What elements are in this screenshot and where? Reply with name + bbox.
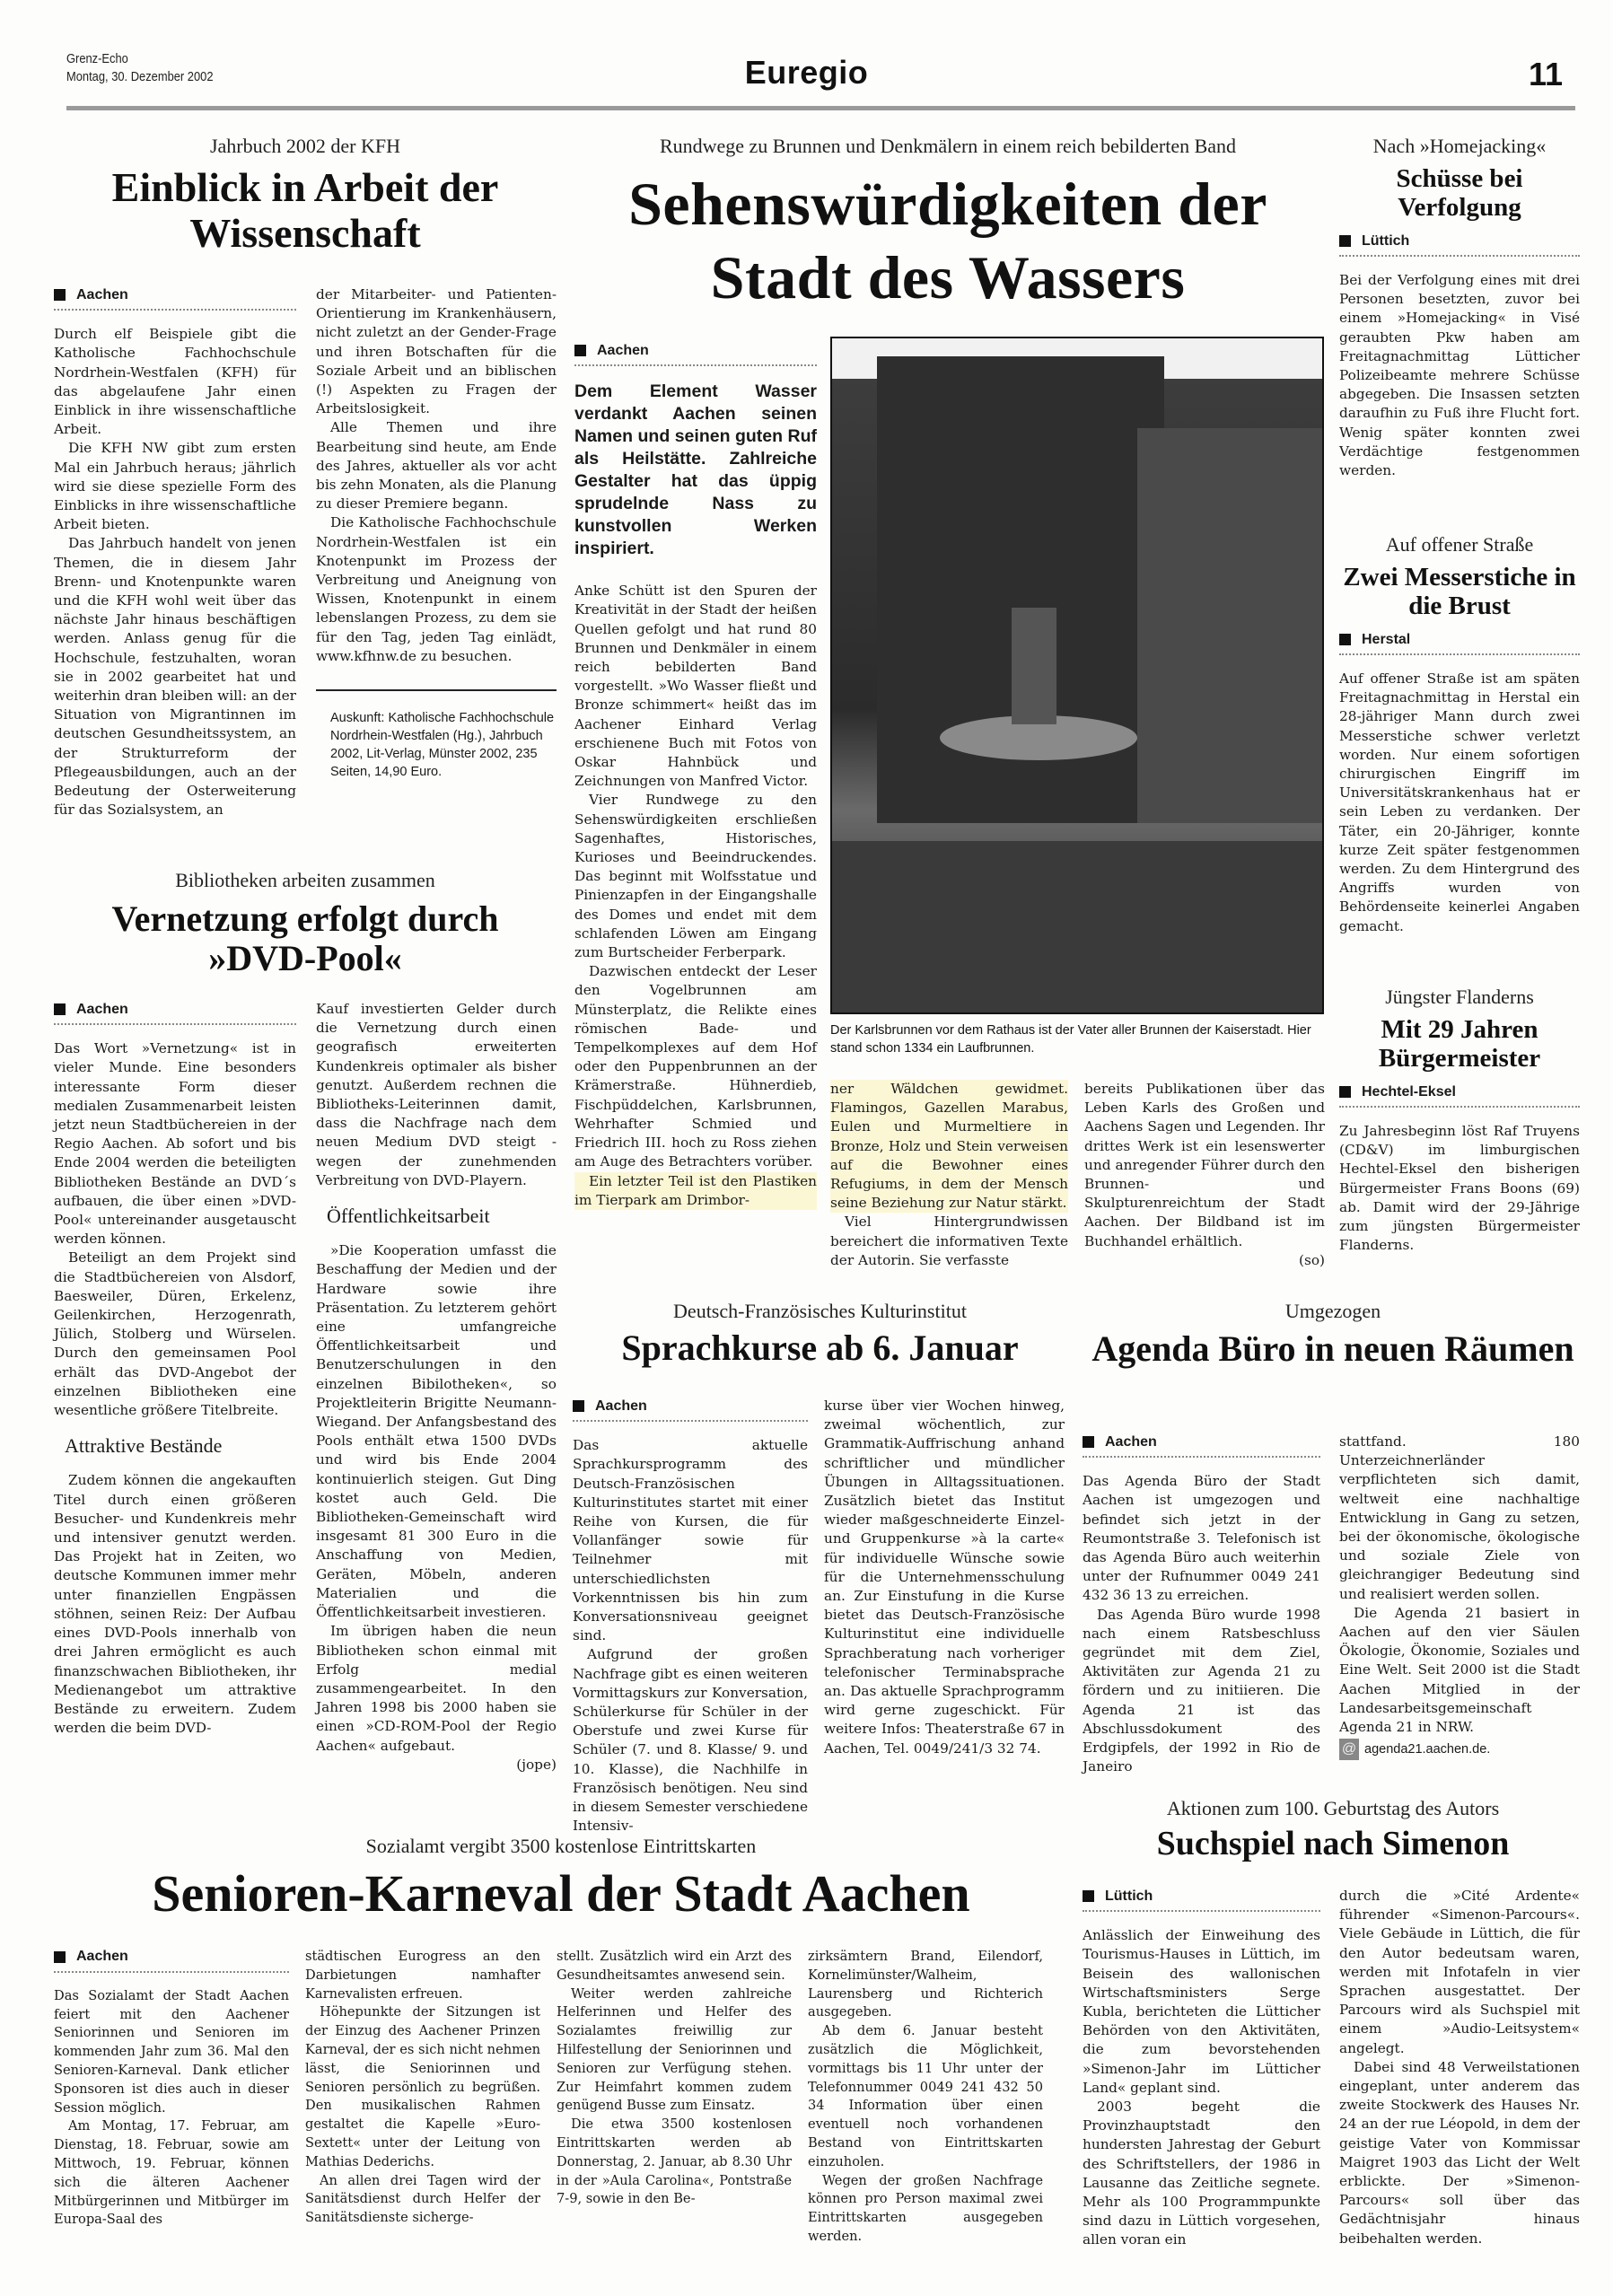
kicker: Auf offener Straße (1339, 533, 1580, 556)
book-info: Auskunft: Katholische Fachhochschule Nor… (316, 709, 557, 781)
author-signature: (so) (1084, 1251, 1325, 1270)
lead-paragraph: Dem Element Wasser verdankt Aachen seine… (574, 381, 817, 560)
wasser-col-1: Aachen Dem Element Wasser verdankt Aache… (574, 341, 817, 1210)
dateline-square-icon (1083, 1436, 1094, 1448)
headline: Einblick in Arbeit der Wissenschaft (54, 165, 557, 256)
karneval-col-1: Aachen Das Sozialamt der Stadt Aachen fe… (54, 1948, 289, 2230)
dateline-square-icon (54, 1951, 66, 1963)
subheading: Öffentlichkeitsarbeit (327, 1206, 557, 1225)
karneval-col-3: stellt. Zusätzlich wird ein Arzt des Ges… (557, 1948, 792, 2209)
headline: Agenda Büro in neuen Räumen (1082, 1328, 1584, 1370)
karlsbrunnen-photo (830, 337, 1324, 1014)
dvd-col-1: Aachen Das Wort »Vernetzung« ist in viel… (54, 1000, 296, 1738)
headline: Suchspiel nach Simenon (1082, 1826, 1584, 1863)
kfh-col-2: der Mitarbeiter- und Patienten-Orientier… (316, 285, 557, 781)
dateline: Aachen (573, 1397, 808, 1422)
dateline-square-icon (54, 289, 66, 301)
photo-building-right (1137, 428, 1324, 823)
karneval-col-2: städtischen Eurogress an den Darbietunge… (305, 1948, 540, 2228)
divider (316, 689, 557, 691)
kicker: Jüngster Flanderns (1339, 986, 1580, 1009)
photo-crowd (832, 841, 1324, 1014)
dateline: Aachen (1083, 1433, 1320, 1458)
kfh-col-1: Aachen Durch elf Beispiele gibt die Kath… (54, 285, 296, 819)
article-homejacking: Nach »Homejacking« Schüsse bei Verfolgun… (1339, 135, 1580, 480)
simenon-col-2: durch die »Cité Ardente« führender «Sime… (1339, 1887, 1580, 2248)
photo-fountain-column (1012, 608, 1056, 724)
author-signature: (jope) (316, 1756, 557, 1775)
article-buergermeister: Jüngster Flanderns Mit 29 Jahren Bürgerm… (1339, 986, 1580, 1255)
dateline: Lüttich (1339, 232, 1580, 257)
dateline-square-icon (573, 1400, 584, 1412)
wasser-col-3: bereits Publikationen über das Leben Kar… (1084, 1080, 1325, 1270)
headline: Vernetzung erfolgt durch »DVD-Pool« (54, 899, 557, 978)
headline: Sehenswürdigkeiten der Stadt des Wassers (571, 167, 1325, 314)
wasser-col-2: ner Wäldchen gewidmet. Flamingos, Gazell… (830, 1080, 1068, 1270)
at-icon: @ (1339, 1739, 1359, 1760)
kicker: Sozialamt vergibt 3500 kostenlose Eintri… (54, 1835, 1068, 1858)
headline: Schüsse bei Verfolgung (1339, 165, 1580, 223)
article-messerstiche: Auf offener Straße Zwei Messerstiche in … (1339, 533, 1580, 936)
agenda-col-2: stattfand. 180 Unterzeichnerländer verpf… (1339, 1433, 1580, 1760)
headline: Mit 29 Jahren Bürgermeister (1339, 1016, 1580, 1074)
article-karneval: Sozialamt vergibt 3500 kostenlose Eintri… (54, 1835, 1068, 1923)
article-simenon: Aktionen zum 100. Geburtstag des Autors … (1082, 1797, 1584, 1863)
article-wasser: Rundwege zu Brunnen und Denkmälern in ei… (571, 135, 1325, 314)
dateline-square-icon (574, 345, 586, 356)
dateline-square-icon (1339, 634, 1351, 645)
dateline: Lüttich (1083, 1887, 1320, 1912)
kicker: Deutsch-Französisches Kulturinstitut (571, 1300, 1069, 1323)
kicker: Rundwege zu Brunnen und Denkmälern in ei… (571, 135, 1325, 158)
dateline-square-icon (1339, 235, 1351, 247)
dateline-square-icon (1083, 1890, 1094, 1902)
article-agenda: Umgezogen Agenda Büro in neuen Räumen (1082, 1300, 1584, 1370)
sprachkurse-col-2: kurse über vier Wochen hinweg, zweimal w… (824, 1397, 1065, 1758)
article-kfh: Jahrbuch 2002 der KFH Einblick in Arbeit… (54, 135, 557, 276)
dvd-col-2: Kauf investierten Gelder durch die Verne… (316, 1000, 557, 1775)
article-sprachkurse: Deutsch-Französisches Kulturinstitut Spr… (571, 1300, 1069, 1368)
dateline: Aachen (54, 1948, 289, 1973)
kicker: Nach »Homejacking« (1339, 135, 1580, 158)
kicker: Aktionen zum 100. Geburtstag des Autors (1082, 1797, 1584, 1820)
dateline-square-icon (1339, 1086, 1351, 1098)
dateline: Hechtel-Eksel (1339, 1082, 1580, 1108)
headline: Sprachkurse ab 6. Januar (571, 1328, 1069, 1368)
dateline: Aachen (54, 1000, 296, 1025)
article-dvd: Bibliotheken arbeiten zusammen Vernetzun… (54, 869, 557, 978)
headline: Senioren-Karneval der Stadt Aachen (54, 1865, 1068, 1923)
sprachkurse-col-1: Aachen Das aktuelle Sprachkursprogramm d… (573, 1397, 808, 1836)
dateline: Aachen (574, 341, 817, 366)
headline: Zwei Messerstiche in die Brust (1339, 564, 1580, 621)
photo-caption: Der Karlsbrunnen vor dem Rathaus ist der… (830, 1021, 1328, 1057)
highlighted-text: ner Wäldchen gewidmet. Flamingos, Gazell… (830, 1080, 1068, 1213)
karneval-col-4: zirksämtern Brand, Eilendorf, Kornelimün… (808, 1948, 1043, 2247)
kicker: Umgezogen (1082, 1300, 1584, 1323)
dateline: Aachen (54, 285, 296, 311)
dateline-square-icon (54, 1003, 66, 1015)
kicker: Bibliotheken arbeiten zusammen (54, 869, 557, 892)
agenda-col-1: Aachen Das Agenda Büro der Stadt Aachen … (1083, 1433, 1320, 1776)
dateline: Herstal (1339, 630, 1580, 655)
agenda-web-link[interactable]: @agenda21.aachen.de. (1339, 1739, 1580, 1760)
section-title: Euregio (0, 54, 1613, 92)
subheading: Attraktive Bestände (65, 1436, 296, 1455)
kicker: Jahrbuch 2002 der KFH (54, 135, 557, 158)
page-number: 11 (1529, 56, 1563, 93)
simenon-col-1: Lüttich Anlässlich der Einweihung des To… (1083, 1887, 1320, 2250)
header-rule (66, 106, 1575, 110)
highlighted-text: Ein letzter Teil ist den Plastiken im Ti… (574, 1172, 817, 1210)
